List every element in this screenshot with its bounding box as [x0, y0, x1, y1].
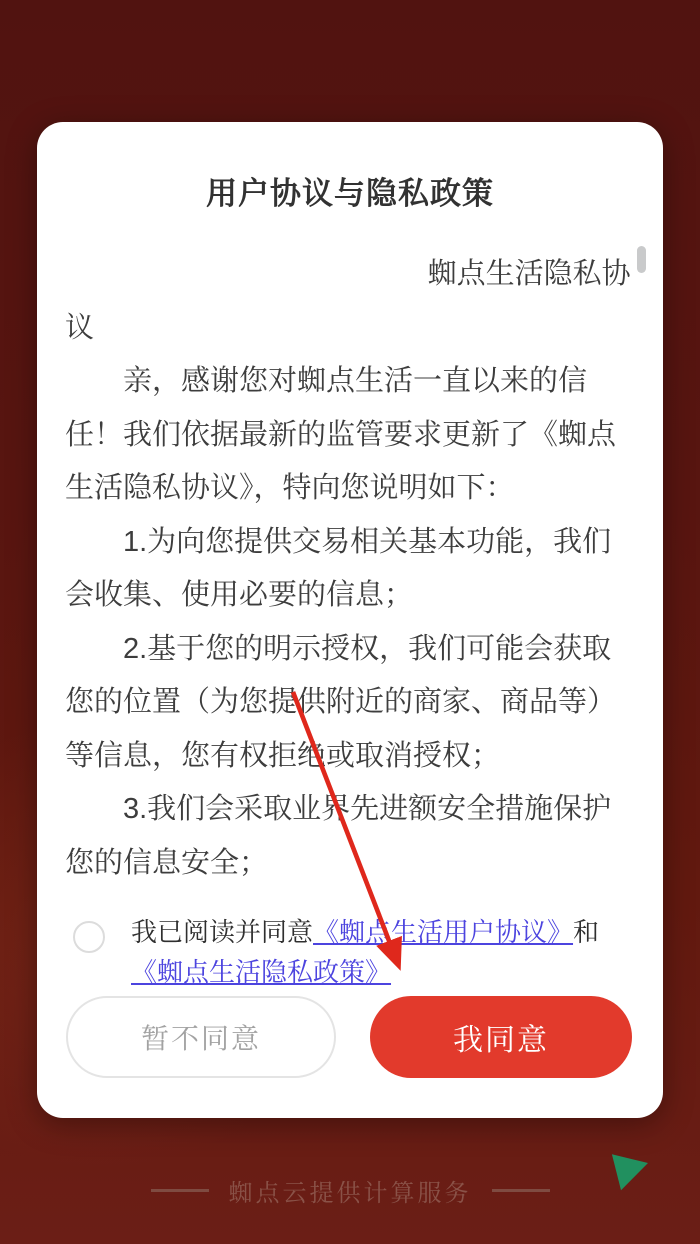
policy-paragraph-3: 3.我们会采取业界先进额安全措施保护您的信息安全； — [65, 783, 635, 890]
dialog-title: 用户协议与隐私政策 — [37, 168, 663, 213]
dialog-actions: 暂不同意 我同意 — [66, 996, 632, 1078]
agreement-row: 我已阅读并同意《蜘点生活用户协议》和《蜘点生活隐私政策》 — [73, 912, 635, 992]
footer: 蜘点云提供计算服务 — [0, 1170, 700, 1210]
footer-dash-right-icon — [492, 1189, 550, 1192]
footer-text: 蜘点云提供计算服务 — [229, 1173, 472, 1208]
scrollbar-thumb[interactable] — [637, 246, 646, 273]
policy-paragraph-2: 2.基于您的明示授权，我们可能会获取您的位置（为您提供附近的商家、商品等）等信息… — [65, 623, 635, 784]
footer-dash-left-icon — [151, 1189, 209, 1192]
policy-paragraph-intro: 亲，感谢您对蜘点生活一直以来的信任！我们依据最新的监管要求更新了《蜘点生活隐私协… — [65, 355, 635, 516]
policy-heading: 蜘点生活隐私协议 — [65, 248, 635, 355]
disagree-button[interactable]: 暂不同意 — [66, 996, 336, 1078]
agreement-conjunction: 和 — [573, 917, 599, 947]
agreement-label: 我已阅读并同意《蜘点生活用户协议》和《蜘点生活隐私政策》 — [131, 912, 633, 992]
user-agreement-link[interactable]: 《蜘点生活用户协议》 — [313, 917, 573, 947]
agreement-prefix: 我已阅读并同意 — [131, 917, 313, 947]
policy-scroll-area[interactable]: 蜘点生活隐私协议 亲，感谢您对蜘点生活一直以来的信任！我们依据最新的监管要求更新… — [65, 234, 635, 912]
app-background: 用户协议与隐私政策 蜘点生活隐私协议 亲，感谢您对蜘点生活一直以来的信任！我们依… — [0, 0, 700, 1244]
agree-button[interactable]: 我同意 — [370, 996, 632, 1078]
privacy-policy-link[interactable]: 《蜘点生活隐私政策》 — [131, 957, 391, 987]
agreement-dialog: 用户协议与隐私政策 蜘点生活隐私协议 亲，感谢您对蜘点生活一直以来的信任！我们依… — [37, 122, 663, 1118]
agree-checkbox[interactable] — [73, 921, 105, 953]
policy-paragraph-1: 1.为向您提供交易相关基本功能，我们会收集、使用必要的信息； — [65, 516, 635, 623]
